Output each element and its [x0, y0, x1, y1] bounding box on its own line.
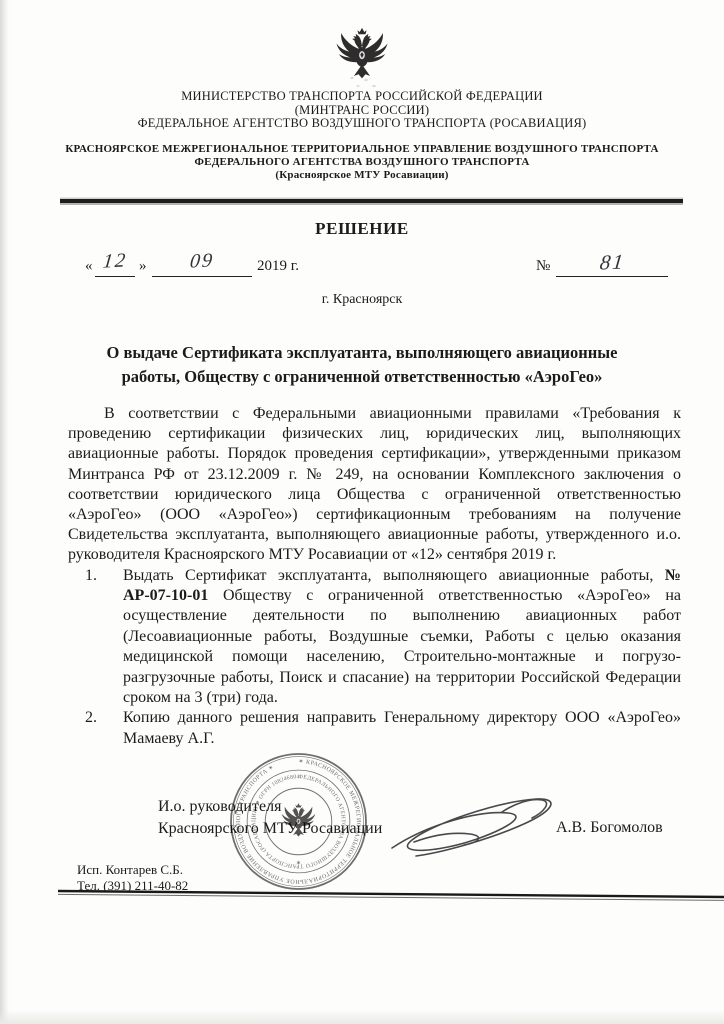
department-header: КРАСНОЯРСКОЕ МЕЖРЕГИОНАЛЬНОЕ ТЕРРИТОРИАЛ…	[30, 143, 694, 182]
handwritten-month: 09	[189, 249, 216, 273]
list-item: 1. Выдать Сертификат эксплуатанта, выпол…	[68, 566, 681, 709]
list-item-text: Выдать Сертификат эксплуатанта, выполняю…	[123, 566, 681, 709]
date-and-number-line: « 12 » 09 2019 г. № 81	[0, 250, 724, 284]
stamp-mtu-label: ✶	[296, 859, 302, 867]
department-line-3: (Красноярское МТУ Росавиации)	[30, 169, 694, 182]
day-field: 12	[95, 250, 135, 277]
document-title-line-2: работы, Обществу с ограниченной ответств…	[62, 365, 662, 389]
bottom-scan-rule	[0, 886, 724, 904]
ministry-line-1: МИНИСТЕРСТВО ТРАНСПОРТА РОССИЙСКОЙ ФЕДЕР…	[0, 90, 724, 104]
list-item-number: 2.	[68, 708, 123, 749]
ministry-header: МИНИСТЕРСТВО ТРАНСПОРТА РОССИЙСКОЙ ФЕДЕР…	[0, 90, 724, 131]
decision-list: 1. Выдать Сертификат эксплуатанта, выпол…	[68, 566, 681, 750]
header-divider-rule	[60, 199, 683, 203]
year-label: 2019 г.	[257, 258, 299, 275]
ministry-line-3: ФЕДЕРАЛЬНОЕ АГЕНТСТВО ВОЗДУШНОГО ТРАНСПО…	[0, 117, 724, 131]
executor-name: Исп. Контарев С.Б.	[77, 862, 188, 878]
handwritten-signature	[384, 790, 576, 870]
number-field: 81	[556, 250, 668, 277]
document-type-heading: РЕШЕНИЕ	[0, 219, 724, 239]
department-line-2: ФЕДЕРАЛЬНОГО АГЕНТСТВА ВОЗДУШНОГО ТРАНСП…	[30, 156, 694, 169]
list-item-text: Копию данного решения направить Генераль…	[123, 708, 681, 749]
scanned-decision-document: МИНИСТЕРСТВО ТРАНСПОРТА РОССИЙСКОЙ ФЕДЕР…	[0, 0, 724, 1024]
ministry-line-2: (МИНТРАНС РОССИИ)	[0, 104, 724, 118]
official-round-stamp: ✶ КРАСНОЯРСКОЕ МЕЖРЕГИОНАЛЬНОЕ ТЕРРИТОРИ…	[228, 751, 369, 892]
list-item: 2. Копию данного решения направить Генер…	[68, 708, 681, 749]
document-title: О выдаче Сертификата эксплуатанта, выпол…	[62, 341, 662, 389]
month-field: 09	[152, 250, 252, 277]
list-item-number: 1.	[68, 566, 123, 709]
item1-text-pre: Выдать Сертификат эксплуатанта, выполняю…	[123, 567, 665, 584]
document-title-line-1: О выдаче Сертификата эксплуатанта, выпол…	[62, 341, 662, 365]
stamp-eagle-icon	[282, 803, 316, 836]
handwritten-day: 12	[102, 249, 129, 273]
open-quote: «	[85, 258, 93, 275]
close-quote: »	[139, 258, 147, 275]
signer-name: А.В. Богомолов	[556, 819, 663, 837]
document-body: В соответствии с Федеральными авиационны…	[68, 404, 681, 749]
scan-noise-under-emblem	[344, 74, 388, 90]
city-line: г. Красноярск	[0, 292, 724, 308]
handwritten-number: 81	[598, 249, 626, 275]
scan-edge-artifact-left	[0, 0, 9, 1024]
item1-text-post: Обществу с ограниченной ответственностью…	[123, 587, 681, 706]
scan-edge-artifact-bottom	[0, 1010, 724, 1024]
preamble-paragraph: В соответствии с Федеральными авиационны…	[68, 404, 681, 566]
department-line-1: КРАСНОЯРСКОЕ МЕЖРЕГИОНАЛЬНОЕ ТЕРРИТОРИАЛ…	[30, 143, 694, 156]
number-sign: №	[536, 258, 550, 275]
